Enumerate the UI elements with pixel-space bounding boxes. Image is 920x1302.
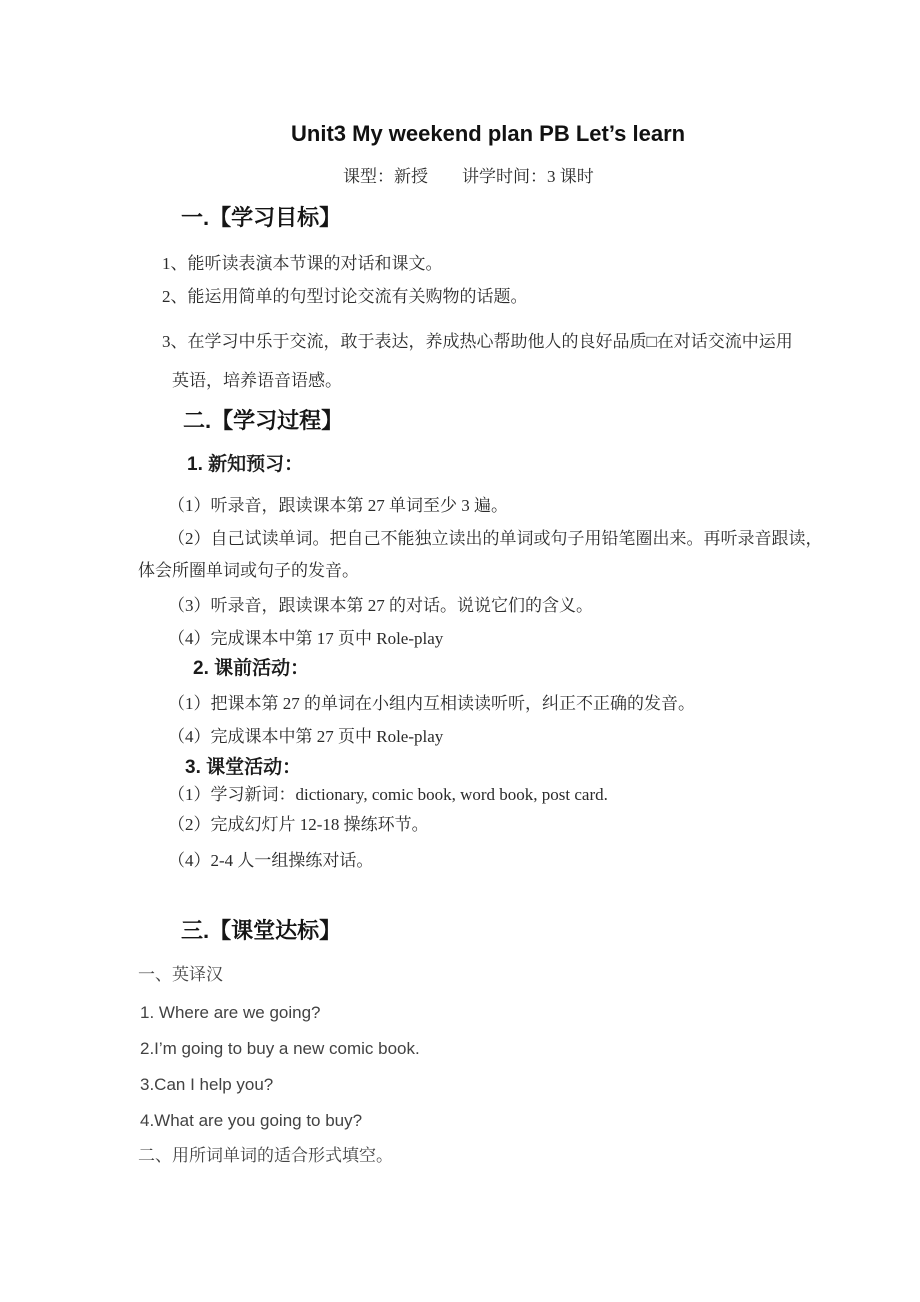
assessment-part2-heading: 二、用所词单词的适合形式填空。 [138,1145,393,1166]
preview-item-2: （2）自己试读单词。把自己不能独立读出的单词或句子用铅笔圈出来。再听录音跟读， [168,528,823,549]
preview-item-4: （4）完成课本中第 17 页中 Role-play [168,628,443,649]
pre-class-item-1: （1）把课本第 27 的单词在小组内互相读读听听，纠正不正确的发音。 [168,693,695,714]
in-class-item-2: （2）完成幻灯片 12-18 操练环节。 [168,814,429,835]
preview-item-3: （3）听录音，跟读课本第 27 的对话。说说它们的含义。 [168,595,593,616]
assessment-part1-heading: 一、英译汉 [138,964,223,985]
document-page: Unit3 My weekend plan PB Let’s learn 课型：… [0,0,920,1302]
objective-item-3-continuation: 英语，培养语音语感。 [172,370,342,391]
document-title: Unit3 My weekend plan PB Let’s learn [291,120,685,148]
assessment-question-4: 4.What are you going to buy? [140,1110,362,1131]
assessment-question-3: 3.Can I help you? [140,1074,273,1095]
objective-item-3: 3、在学习中乐于交流，敢于表达，养成热心帮助他人的良好品质□在对话交流中运用 [162,331,793,352]
assessment-question-1: 1. Where are we going? [140,1002,321,1023]
pre-class-item-4: （4）完成课本中第 27 页中 Role-play [168,726,443,747]
document-subtitle: 课型：新授 讲学时间：3 课时 [343,166,594,187]
section-heading-process: 二.【学习过程】 [183,407,343,435]
assessment-question-2: 2.I’m going to buy a new comic book. [140,1038,420,1059]
subsection-heading-in-class: 3. 课堂活动： [185,756,301,780]
section-heading-assessment: 三.【课堂达标】 [181,917,341,945]
in-class-item-4: （4）2-4 人一组操练对话。 [168,850,373,871]
preview-item-2-continuation: 体会所圈单词或句子的发音。 [138,560,359,581]
objective-item-2: 2、能运用简单的句型讨论交流有关购物的话题。 [162,286,528,307]
in-class-item-1: （1）学习新词：dictionary, comic book, word boo… [168,784,608,805]
subsection-heading-pre-class: 2. 课前活动： [193,657,309,681]
objective-item-1: 1、能听读表演本节课的对话和课文。 [162,253,443,274]
preview-item-1: （1）听录音，跟读课本第 27 单词至少 3 遍。 [168,495,508,516]
subsection-heading-preview: 1. 新知预习： [187,453,303,477]
section-heading-objectives: 一.【学习目标】 [181,204,341,232]
